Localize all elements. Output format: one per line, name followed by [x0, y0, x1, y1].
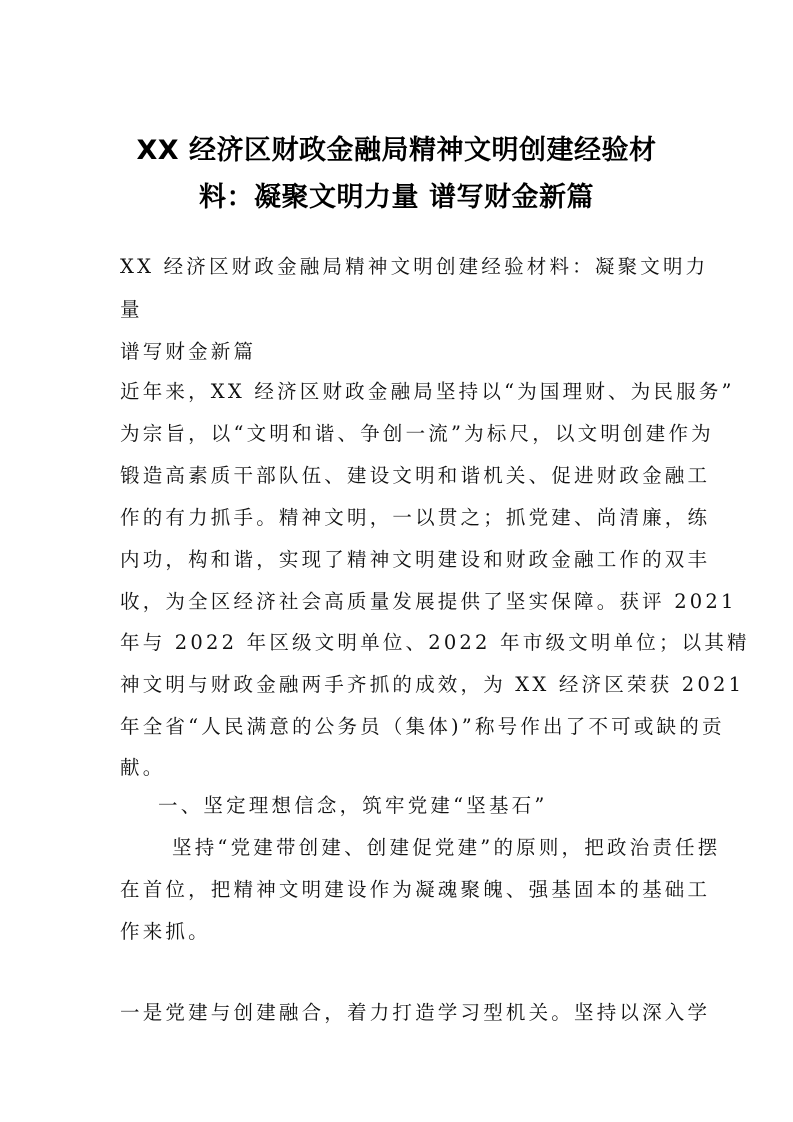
body-line: 谱写财金新篇 [120, 336, 680, 364]
body-paragraph-line: 近年来，XX 经济区财政金融局坚持以“为国理财、为民服务” [120, 376, 680, 404]
body-paragraph-line: 坚持“党建带创建、创建促党建”的原则，把政治责任摆 [172, 832, 732, 860]
body-paragraph-line: 锻造高素质干部队伍、建设文明和谐机关、促进财政金融工 [120, 460, 680, 488]
body-paragraph-line: 献。 [120, 752, 680, 780]
body-paragraph-line: 在首位，把精神文明建设作为凝魂聚魄、强基固本的基础工 [120, 874, 680, 902]
body-paragraph-line: 为宗旨，以“文明和谐、争创一流”为标尺，以文明创建作为 [120, 418, 680, 446]
document-page: XX 经济区财政金融局精神文明创建经验材 料：凝聚文明力量 谱写财金新篇 XX … [0, 0, 793, 1122]
body-paragraph-line: 作来抓。 [120, 916, 680, 944]
section-heading: 一、坚定理想信念，筑牢党建“坚基石” [158, 790, 718, 818]
document-title-line-1: XX 经济区财政金融局精神文明创建经验材 [0, 128, 793, 167]
body-paragraph-line: 一是党建与创建融合，着力打造学习型机关。坚持以深入学 [120, 997, 680, 1025]
body-paragraph-line: 收，为全区经济社会高质量发展提供了坚实保障。获评 2021 [120, 586, 680, 614]
body-paragraph-line: 内功，构和谐，实现了精神文明建设和财政金融工作的双丰 [120, 544, 680, 572]
body-line: 量 [120, 294, 680, 322]
body-paragraph-line: 神文明与财政金融两手齐抓的成效，为 XX 经济区荣获 2021 [120, 669, 680, 697]
body-paragraph-line: 年全省“人民满意的公务员（集体)”称号作出了不可或缺的贡 [120, 711, 680, 739]
body-paragraph-line: 年与 2022 年区级文明单位、2022 年市级文明单位；以其精 [120, 627, 680, 655]
body-line: XX 经济区财政金融局精神文明创建经验材料：凝聚文明力 [120, 251, 680, 279]
document-title-line-2: 料：凝聚文明力量 谱写财金新篇 [0, 175, 793, 214]
body-paragraph-line: 作的有力抓手。精神文明，一以贯之；抓党建、尚清廉，练 [120, 502, 680, 530]
